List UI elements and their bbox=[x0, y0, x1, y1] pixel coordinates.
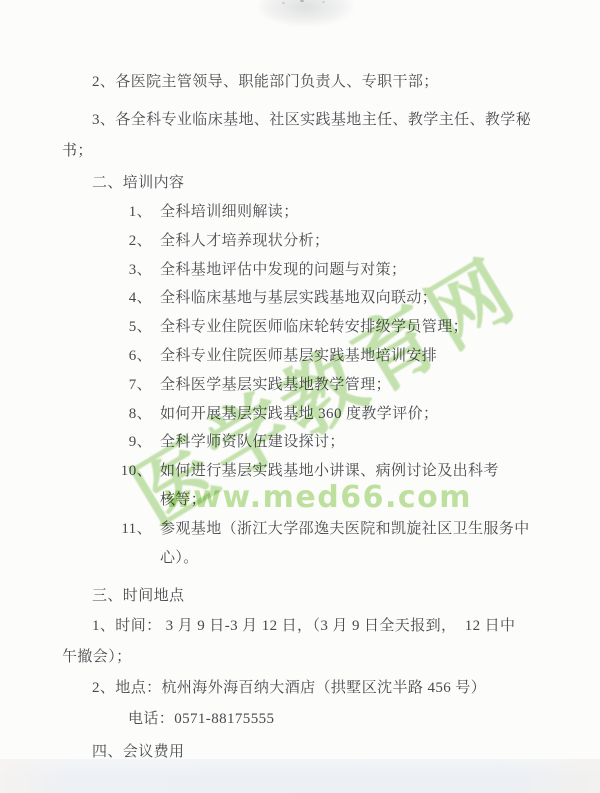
list-item: 8、 如何开展基层实践基地 360 度教学评价； bbox=[114, 400, 546, 429]
attendees-item-2-text: 2、各医院主管领导、职能部门负责人、专职干部； bbox=[92, 74, 439, 90]
item-text: 全科人才培养现状分析； bbox=[160, 227, 329, 256]
scanned-document-page: 2、各医院主管领导、职能部门负责人、专职干部； 3、各全科专业临床基地、社区实践… bbox=[0, 0, 600, 793]
list-item: 10、 如何进行基层实践基地小讲课、病例讨论及出科考核等； bbox=[114, 457, 546, 515]
item-text: 全科专业住院医师临床轮转安排级学员管理； bbox=[160, 313, 468, 342]
scan-speck bbox=[300, 0, 304, 2]
item-text-line2: 核等； bbox=[160, 492, 206, 508]
item-text: 全科培训细则解读； bbox=[160, 198, 299, 227]
time-line2: 午撤会）； bbox=[62, 649, 132, 665]
item-number: 10、 bbox=[114, 457, 152, 515]
list-item: 2、 全科人才培养现状分析； bbox=[114, 227, 546, 256]
item-number: 4、 bbox=[114, 284, 152, 313]
item-text-line1: 如何进行基层实践基地小讲课、病例讨论及出科考 bbox=[160, 463, 499, 479]
item-text: 如何开展基层实践基地 360 度教学评价； bbox=[160, 400, 438, 429]
document-body: 2、各医院主管领导、职能部门负责人、专职干部； 3、各全科专业临床基地、社区实践… bbox=[62, 67, 546, 768]
training-content-list: 1、 全科培训细则解读； 2、 全科人才培养现状分析； 3、 全科基地评估中发现… bbox=[114, 198, 546, 572]
time-paragraph: 1、时间： 3 月 9 日-3 月 12 日，（3 月 9 日全天报到， 12 … bbox=[62, 611, 546, 673]
list-item: 1、 全科培训细则解读； bbox=[114, 198, 546, 227]
phone-paragraph: 电话：0571-88175555 bbox=[128, 704, 546, 735]
attendees-item-3-line1: 3、各全科专业临床基地、社区实践基地主任、教学主任、教学秘 bbox=[92, 112, 531, 128]
item-text: 参观基地（浙江大学邵逸夫医院和凯旋社区卫生服务中心）。 bbox=[160, 515, 530, 573]
item-text-line2: 心）。 bbox=[160, 550, 199, 566]
item-text: 全科临床基地与基层实践基地双向联动； bbox=[160, 284, 437, 313]
item-text: 全科学师资队伍建设探讨； bbox=[160, 428, 345, 457]
item-number: 5、 bbox=[114, 313, 152, 342]
scan-speck bbox=[282, 2, 285, 4]
item-number: 2、 bbox=[114, 227, 152, 256]
time-line1: 1、时间： 3 月 9 日-3 月 12 日，（3 月 9 日全天报到， 12 … bbox=[92, 618, 515, 634]
scan-bottom-band-artifact bbox=[0, 759, 600, 793]
attendees-item-2: 2、各医院主管领导、职能部门负责人、专职干部； bbox=[62, 67, 546, 97]
item-text: 全科医学基层实践基地教学管理； bbox=[160, 371, 391, 400]
item-number: 1、 bbox=[114, 198, 152, 227]
section-heading-training-content: 二、培训内容 bbox=[62, 169, 546, 198]
list-item: 6、 全科专业住院医师基层实践基地培训安排 bbox=[114, 342, 546, 371]
venue-paragraph: 2、地点：杭州海外海百纳大酒店（拱墅区沈半路 456 号） bbox=[62, 673, 546, 704]
list-item: 7、 全科医学基层实践基地教学管理； bbox=[114, 371, 546, 400]
item-number: 8、 bbox=[114, 400, 152, 429]
attendees-item-3: 3、各全科专业临床基地、社区实践基地主任、教学主任、教学秘书； bbox=[62, 105, 546, 167]
item-number: 9、 bbox=[114, 428, 152, 457]
attendees-item-3-line2: 书； bbox=[62, 143, 93, 159]
item-text: 如何进行基层实践基地小讲课、病例讨论及出科考核等； bbox=[160, 457, 499, 515]
scan-smudge-artifact bbox=[258, 0, 353, 26]
scan-speck bbox=[322, 1, 325, 3]
item-number: 7、 bbox=[114, 371, 152, 400]
item-text-line1: 参观基地（浙江大学邵逸夫医院和凯旋社区卫生服务中 bbox=[160, 521, 530, 537]
list-item: 4、 全科临床基地与基层实践基地双向联动； bbox=[114, 284, 546, 313]
section-heading-time-place: 三、时间地点 bbox=[62, 582, 546, 611]
list-item: 9、 全科学师资队伍建设探讨； bbox=[114, 428, 546, 457]
item-number: 6、 bbox=[114, 342, 152, 371]
item-number: 3、 bbox=[114, 256, 152, 285]
list-item: 5、 全科专业住院医师临床轮转安排级学员管理； bbox=[114, 313, 546, 342]
item-text: 全科基地评估中发现的问题与对策； bbox=[160, 256, 406, 285]
list-item: 11、 参观基地（浙江大学邵逸夫医院和凯旋社区卫生服务中心）。 bbox=[114, 515, 546, 573]
item-text: 全科专业住院医师基层实践基地培训安排 bbox=[160, 342, 437, 371]
list-item: 3、 全科基地评估中发现的问题与对策； bbox=[114, 256, 546, 285]
item-number: 11、 bbox=[114, 515, 152, 573]
